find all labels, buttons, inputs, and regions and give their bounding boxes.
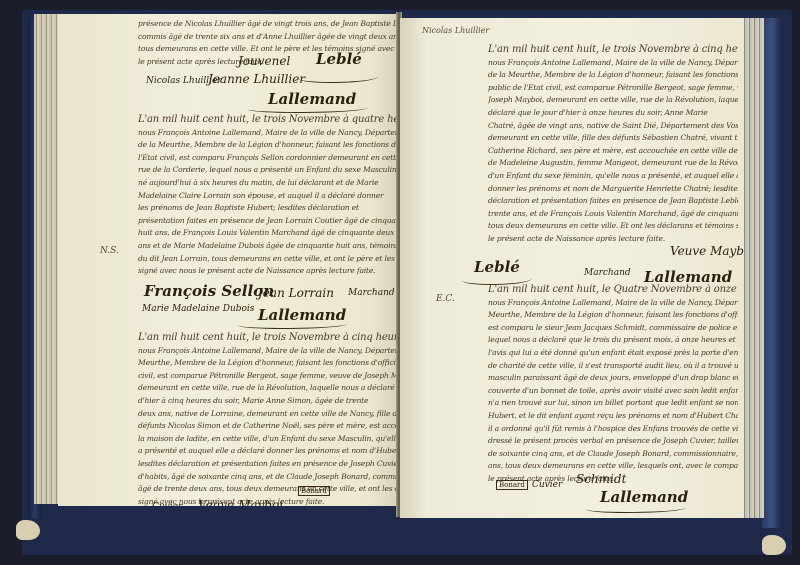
signature-jouvenel: Jouvenel [238,54,290,68]
birth-entry-sellon: L'an mil huit cent huit, le trois Novemb… [138,114,396,278]
text-line: nous François Antoine Lallemand, Maire d… [488,57,738,70]
text-line: d'hier à cinq heures du soir, Marie Anne… [138,395,396,408]
text-line: donner les prénoms et nom de Marguerite … [488,183,738,196]
birth-entry-simon: L'an mil huit cent huit, le trois Novemb… [138,332,396,506]
text-line: déclaré que le jour d'hier à onze heures… [488,107,738,120]
text-line: Catherine Richard, ses père et mère, est… [488,145,738,158]
text-line: Joseph Mayboi, demeurant en cette ville,… [488,94,738,107]
right-page: Nicolas Lhuillier L'an mil huit cent hui… [400,18,744,518]
signature-veuve-mayboi: Veuve Mayboi [670,244,744,258]
signature-veuve-mayboi: Veuve Mayboi [198,498,283,506]
text-line: de la Meurthe, Membre de la Légion d'hon… [488,69,738,82]
text-line: couverte d'un bonnet de toile, après avo… [488,385,738,398]
text-line: huit ans, de François Louis Valentin Mar… [138,227,396,240]
page-stack-right [742,18,764,518]
text-line: âgé de trente deux ans, tous deux demeur… [138,483,396,496]
signature-cuvier: Cuvier [532,480,562,490]
text-line: Chatré, âgée de vingt ans, native de Sai… [488,120,738,133]
text-line: d'habits, âgé de soixante cinq ans, et d… [138,471,396,484]
signature-marchand: Marchand [584,268,631,278]
text-line: a présenté et auquel elle a déclaré donn… [138,445,396,458]
text-line: du dit Jean Lorrain, tous demeurans en c… [138,253,396,266]
page-stack-left [34,14,60,504]
signature-jean-lorrain: Jean Lorrain [258,286,334,300]
signature-flourish [298,72,378,83]
text-line: ans et de Marie Madelaine Dubois âgée de… [138,240,396,253]
entry-opening: L'an mil huit cent huit, le trois Novemb… [488,44,738,57]
text-line: nous François Antoine Lallemand, Maire d… [138,127,396,140]
signature-flourish [248,104,368,113]
text-line: masculin paraissant âgé de deux jours, e… [488,372,738,385]
text-line: né aujourd'hui à six heures du matin, de… [138,177,396,190]
text-line: nous François Antoine Lallemand, Maire d… [488,297,738,310]
text-line: de soixante cinq ans, et de Claude Josep… [488,448,738,461]
text-line: déclaration et présentation faites en pr… [488,195,738,208]
text-line: l'avis qui lui a été donné qu'un enfant … [488,347,738,360]
text-line: n'a rien trouvé sur lui, sinon un billet… [488,397,738,410]
signature-father: François Sellon [144,282,274,300]
text-line: dressé le présent procès verbal en prése… [488,435,738,448]
text-line: les prénoms de Jean Baptiste Hubert; les… [138,202,396,215]
left-page: présence de Nicolas Lhuillier âgé de vin… [58,14,398,506]
text-line: deux ans, native de Lorraine, demeurant … [138,408,396,421]
text-line: lesdites déclaration et présentation fai… [138,458,396,471]
worn-corner-left [16,520,40,540]
text-line: Meurthe, Membre de la Légion d'honneur, … [138,357,396,370]
text-line: rue de la Corderie, lequel nous a présen… [138,164,396,177]
text-line: commis âgé de trente six ans et d'Anne L… [138,31,396,44]
text-line: tous deux demeurans en cette ville. Et o… [488,220,738,233]
text-line: présence de Nicolas Lhuillier âgé de vin… [138,18,396,31]
margin-note: N.S. [100,246,119,256]
text-line: signé avec nous le présent acte de Naiss… [138,265,396,278]
text-line: la maison de ladite, en cette ville, d'u… [138,433,396,446]
signature-schmidt: Schmidt [576,472,626,486]
signature-bonard: Bonard [298,486,330,496]
text-line: de Madeleine Augustin, femme Mangeot, de… [488,157,738,170]
signature-cuvier: Cuvier [152,502,182,506]
text-line: défunts Nicolas Simon et de Catherine No… [138,420,396,433]
text-line: Hubert, et le dit enfant ayant reçu les … [488,410,738,423]
text-line: présentation faites en présence de Jean … [138,215,396,228]
cover-edge-right [762,18,782,528]
margin-note: E.C. [436,294,455,304]
text-line: civil, est comparue Pétronille Bergeot, … [138,370,396,383]
text-line: lequel nous a déclaré que le trois du pr… [488,334,738,347]
worn-corner-right [762,535,786,555]
birth-entry-foundling: L'an mil huit cent huit, le Quatre Novem… [488,284,738,486]
signature-marchand: Marchand [348,288,395,298]
text-line: d'un Enfant du sexe féminin, qu'elle nou… [488,170,738,183]
signature-leble: Leblé [316,50,362,68]
entry-opening: L'an mil huit cent huit, le Quatre Novem… [488,284,738,297]
text-line: demeurant en cette ville, rue de la Révo… [138,382,396,395]
text-line: nous François Antoine Lallemand, Maire d… [138,345,396,358]
signature-jeanne-lhuillier: Jeanne Lhuillier [208,72,305,86]
text-line: demeurant en cette ville, fille des défu… [488,132,738,145]
signature-dubois: Marie Madelaine Dubois [142,304,254,314]
text-line: de charité de cette ville, il s'est tran… [488,360,738,373]
entry-opening: L'an mil huit cent huit, le trois Novemb… [138,114,396,127]
signature-flourish [586,504,686,513]
text-line: il a ordonné qu'il fût remis à l'hospice… [488,423,738,436]
top-margin-note: Nicolas Lhuillier [422,26,489,35]
text-line: Meurthe, Membre de la Légion d'honneur, … [488,309,738,322]
text-line: l'Etat civil, est comparu François Sello… [138,152,396,165]
text-line: Madelaine Claire Lorrain son épouse, et … [138,190,396,203]
birth-entry-chatre: L'an mil huit cent huit, le trois Novemb… [488,44,738,246]
entry-opening: L'an mil huit cent huit, le trois Novemb… [138,332,396,345]
text-line: trente ans, et de François Louis Valenti… [488,208,738,221]
text-line: de la Meurthe, Membre de la Légion d'hon… [138,139,396,152]
signature-bonard: Bonard [496,480,528,490]
text-line: est comparu le sieur Jean Jacques Schmid… [488,322,738,335]
signature-flourish [238,320,348,329]
text-line: public de l'Etat civil, est comparue Pét… [488,82,738,95]
